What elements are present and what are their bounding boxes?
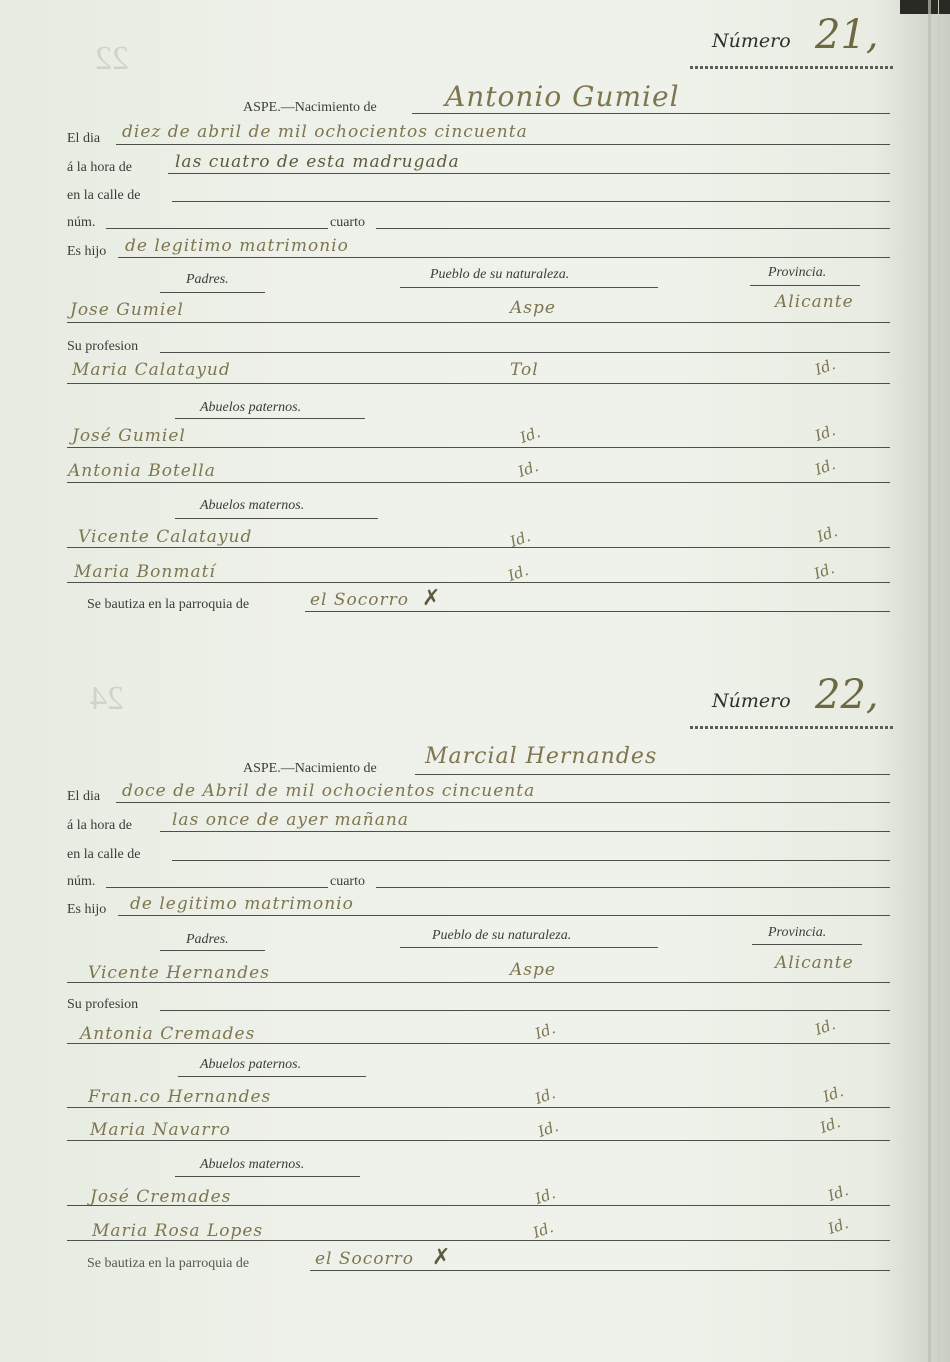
- paternal-grandfather: José Gumiel: [72, 426, 186, 446]
- pueblo-header: Pueblo de su naturaleza.: [432, 928, 571, 944]
- rule: [67, 482, 890, 483]
- dia-label: El dia: [67, 789, 100, 805]
- rule: [400, 287, 658, 288]
- pueblo-header: Pueblo de su naturaleza.: [430, 267, 569, 283]
- cross-mark: ✗: [422, 586, 440, 611]
- rule: [67, 322, 890, 323]
- paternal-grandfather: Fran.co Hernandes: [88, 1087, 271, 1107]
- birth-date: diez de abril de mil ochocientos cincuen…: [122, 122, 528, 142]
- record-number: 22,: [815, 672, 879, 718]
- rule: [376, 887, 890, 888]
- birth-time: las once de ayer mañana: [172, 810, 409, 830]
- rule: [67, 1107, 890, 1108]
- rule: [376, 228, 890, 229]
- father-name: Jose Gumiel: [70, 300, 184, 320]
- ditto-mark: Id.: [813, 421, 838, 445]
- ditto-mark: Id.: [536, 1117, 561, 1141]
- profesion-label: Su profesion: [67, 997, 138, 1013]
- birth-time: las cuatro de esta madrugada: [175, 152, 460, 172]
- es-hijo-label: Es hijo: [67, 244, 106, 260]
- ditto-mark: Id.: [818, 1113, 843, 1137]
- mother-town: Tol: [510, 360, 539, 380]
- rule: [106, 228, 328, 229]
- cuarto-label: cuarto: [330, 874, 365, 890]
- parish: el Socorro: [315, 1249, 414, 1269]
- ditto-mark: Id.: [518, 423, 543, 447]
- father-town: Aspe: [510, 298, 556, 318]
- abuelos-maternos-header: Abuelos maternos.: [200, 1157, 304, 1173]
- birth-date: doce de Abril de mil ochocientos cincuen…: [122, 781, 535, 801]
- ditto-mark: Id.: [812, 559, 837, 583]
- provincia-header: Provincia.: [768, 925, 826, 941]
- father-province: Alicante: [775, 292, 854, 312]
- bautiza-label: Se bautiza en la parroquia de: [87, 597, 249, 613]
- cuarto-label: cuarto: [330, 215, 365, 231]
- rule: [752, 944, 862, 945]
- ditto-mark: Id.: [813, 355, 838, 379]
- numero-label: Número: [712, 690, 791, 712]
- father-name: Vicente Hernandes: [88, 963, 270, 983]
- num-label: núm.: [67, 874, 95, 890]
- child-name: Marcial Hernandes: [425, 744, 657, 769]
- rule: [168, 173, 890, 174]
- rule: [118, 257, 890, 258]
- rule: [160, 292, 265, 293]
- padres-header: Padres.: [186, 272, 229, 288]
- nacimiento-label: ASPE.—Nacimiento de: [243, 761, 377, 777]
- ditto-mark: Id.: [533, 1084, 558, 1108]
- ditto-mark: Id.: [533, 1019, 558, 1043]
- rule: [160, 352, 890, 353]
- rule: [178, 1076, 366, 1077]
- rule: [67, 982, 890, 983]
- profesion-label: Su profesion: [67, 339, 138, 355]
- rule: [175, 1176, 360, 1177]
- maternal-grandmother: Maria Bonmatí: [74, 562, 216, 582]
- padres-header: Padres.: [186, 932, 229, 948]
- abuelos-paternos-header: Abuelos paternos.: [200, 400, 301, 416]
- maternal-grandmother: Maria Rosa Lopes: [92, 1221, 263, 1241]
- rule: [175, 418, 365, 419]
- ditto-mark: Id.: [516, 457, 541, 481]
- dia-label: El dia: [67, 131, 100, 147]
- rule: [67, 1043, 890, 1044]
- ditto-mark: Id.: [531, 1218, 556, 1242]
- maternal-grandfather: José Cremades: [90, 1187, 231, 1207]
- rule: [67, 1205, 890, 1206]
- rule: [172, 860, 890, 861]
- rule: [310, 1270, 890, 1271]
- father-province: Alicante: [775, 953, 854, 973]
- mother-name: Maria Calatayud: [72, 360, 231, 380]
- nacimiento-label: ASPE.—Nacimiento de: [243, 100, 377, 116]
- ornamental-rule: [690, 726, 895, 729]
- abuelos-paternos-header: Abuelos paternos.: [200, 1057, 301, 1073]
- rule: [415, 774, 890, 775]
- cross-mark: ✗: [432, 1245, 450, 1270]
- paternal-grandmother: Maria Navarro: [90, 1120, 231, 1140]
- child-name: Antonio Gumiel: [445, 80, 680, 113]
- rule: [116, 802, 890, 803]
- rule: [67, 547, 890, 548]
- hora-label: á la hora de: [67, 818, 132, 834]
- ditto-mark: Id.: [826, 1214, 851, 1238]
- rule: [67, 383, 890, 384]
- father-town: Aspe: [510, 960, 556, 980]
- rule: [116, 144, 890, 145]
- rule: [106, 887, 328, 888]
- provincia-header: Provincia.: [768, 265, 826, 281]
- record-number: 21,: [815, 12, 879, 58]
- rule: [160, 950, 265, 951]
- mother-name: Antonia Cremades: [80, 1024, 255, 1044]
- bautiza-label: Se bautiza en la parroquia de: [87, 1256, 249, 1272]
- num-label: núm.: [67, 215, 95, 231]
- calle-label: en la calle de: [67, 847, 140, 863]
- rule: [67, 1240, 890, 1241]
- numero-label: Número: [712, 30, 791, 52]
- rule: [160, 831, 890, 832]
- calle-label: en la calle de: [67, 188, 140, 204]
- ditto-mark: Id.: [813, 455, 838, 479]
- birth-record: Número 21, ASPE.—Nacimiento de Antonio G…: [0, 0, 950, 640]
- rule: [172, 201, 890, 202]
- maternal-grandfather: Vicente Calatayud: [78, 527, 252, 547]
- ditto-mark: Id.: [815, 522, 840, 546]
- es-hijo-label: Es hijo: [67, 902, 106, 918]
- birth-record: Número 22, ASPE.—Nacimiento de Marcial H…: [0, 660, 950, 1300]
- rule: [67, 582, 890, 583]
- legitimacy: de legitimo matrimonio: [125, 236, 349, 256]
- rule: [750, 285, 860, 286]
- ditto-mark: Id.: [821, 1082, 846, 1106]
- rule: [160, 1010, 890, 1011]
- rule: [412, 113, 890, 114]
- ditto-mark: Id.: [813, 1015, 838, 1039]
- rule: [400, 947, 658, 948]
- hora-label: á la hora de: [67, 160, 132, 176]
- paternal-grandmother: Antonia Botella: [68, 461, 216, 481]
- rule: [67, 447, 890, 448]
- parish: el Socorro: [310, 590, 409, 610]
- rule: [175, 518, 378, 519]
- ornamental-rule: [690, 66, 895, 69]
- abuelos-maternos-header: Abuelos maternos.: [200, 498, 304, 514]
- rule: [118, 915, 890, 916]
- rule: [305, 611, 890, 612]
- legitimacy: de legitimo matrimonio: [130, 894, 354, 914]
- rule: [67, 1140, 890, 1141]
- ditto-mark: Id.: [826, 1181, 851, 1205]
